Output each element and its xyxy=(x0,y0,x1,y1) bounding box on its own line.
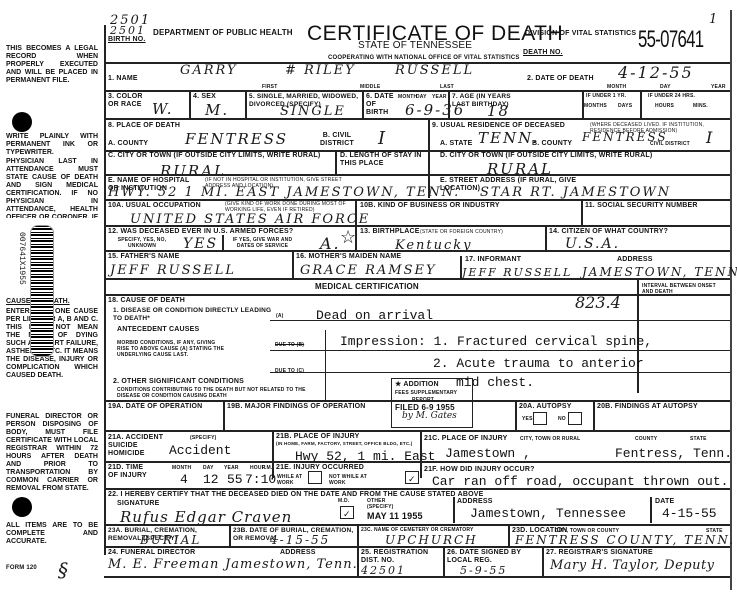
stamp-line-1: ★ Addition xyxy=(395,381,439,389)
barcode-number: 007641X1955 xyxy=(12,232,26,285)
place-of-death-label: 8. Place of Death xyxy=(108,122,180,130)
under1-days: Days xyxy=(618,103,632,109)
informant-address-label: Address xyxy=(617,256,653,264)
res-street-value: Star Rt. Jamestown xyxy=(480,185,671,200)
md-checkbox[interactable]: ✓ xyxy=(340,506,354,519)
funeral-address-label: Address xyxy=(280,549,316,557)
accident-type-label: 21a. Accident Suicide Homicide xyxy=(108,434,168,458)
city-label: c. City or Town (If outside city limits,… xyxy=(108,152,320,160)
name-label: 1. Name xyxy=(108,75,138,83)
death-number: 55-07641 xyxy=(638,26,703,54)
check-mark-icon: ✓ xyxy=(408,474,416,484)
county-value: Fentress xyxy=(185,130,288,148)
color-label: 3. Color or Race xyxy=(108,93,153,109)
under24-mins: Mins. xyxy=(693,103,708,109)
accident-specify-label: (Specify) xyxy=(190,435,217,441)
barcode-label xyxy=(30,225,54,357)
time-year-value: 55 xyxy=(227,472,243,487)
injury-location-label: 21c. Place of Injury xyxy=(424,435,507,443)
autopsy-findings-label: 20b. Findings at Autopsy xyxy=(597,403,698,411)
cemetery-value: Upchurch xyxy=(385,533,478,547)
location-value: Fentress County, Tenn. xyxy=(515,533,735,547)
informant-label: 17. Informant xyxy=(465,256,521,264)
burial-value: Burial xyxy=(140,533,201,547)
res-city-label: d. City or Town (If outside city limits,… xyxy=(440,152,652,160)
other-specify-label: Other (Specify) xyxy=(367,498,407,510)
state-subtitle: STATE OF TENNESSEE xyxy=(358,42,472,50)
loc-city-value: Jamestown , xyxy=(445,446,531,461)
reg-dist-label: 25. Registration Dist. No. xyxy=(361,549,431,565)
time-sub-day: Day xyxy=(203,465,214,471)
notice-legal: This becomes a legal record when properl… xyxy=(6,45,98,85)
time-month-value: 4 xyxy=(180,472,188,487)
place-injury-label: 21b. Place of Injury xyxy=(276,433,359,441)
loc-county-state-value: Fentress, Tenn. xyxy=(615,446,732,461)
funeral-director-value: M. E. Freeman xyxy=(108,557,219,572)
birthplace-label: 13. Birthplace xyxy=(360,228,420,236)
dob-sub-year: Year xyxy=(432,94,447,100)
under1-months: Months xyxy=(584,103,607,109)
res-civil-label: Civil District xyxy=(650,141,690,147)
md-label: M.D. xyxy=(338,498,349,504)
antecedent-label: Antecedent Causes xyxy=(117,326,199,334)
funeral-address-value: Jamestown, Tenn. xyxy=(225,557,358,572)
funeral-director-label: 24. Funeral Director xyxy=(108,549,195,557)
while-work-checkbox[interactable] xyxy=(308,471,322,484)
cooperating-label: Cooperating with National Office of Vita… xyxy=(328,54,520,62)
time-hour-value: 7:10 xyxy=(245,472,276,487)
burial-date-value: 4-15-55 xyxy=(270,533,330,547)
cause-label: 18. Cause of Death xyxy=(108,297,185,305)
father-value: Jeff Russell xyxy=(110,263,236,278)
sex-label: 4. Sex xyxy=(193,93,216,101)
ssn-label: 11. Social Security Number xyxy=(585,202,698,210)
cause-a-label: (a) xyxy=(276,313,284,319)
other-conditions-label: 2. Other Significant Conditions xyxy=(113,378,244,386)
cause-code: 823.4 xyxy=(575,293,621,312)
time-day-value: 12 xyxy=(203,472,219,487)
loc-city-label: City, Town or Rural xyxy=(520,436,580,442)
under1-label: If under 1 yr. xyxy=(586,93,626,99)
sex-value: M. xyxy=(205,101,229,119)
cert-date-value: 4-15-55 xyxy=(662,506,717,521)
initial-mark: § xyxy=(58,558,70,582)
how-injury-label: 21f. How Did Injury Occur? xyxy=(424,466,535,474)
name-middle: # Riley xyxy=(285,63,356,78)
name-last: Russell xyxy=(395,63,474,78)
supplementary-report-stamp: ★ Addition Fees Supplementary Report Fil… xyxy=(391,378,473,428)
time-sub-month: Month xyxy=(172,465,191,471)
corner-mark: 1 xyxy=(709,12,719,27)
cert-address-label: Address xyxy=(457,498,493,506)
time-pm: P.M. xyxy=(262,465,272,471)
death-no-label: Death No. xyxy=(523,49,563,57)
registrar-label: 27. Registrar's Signature xyxy=(546,549,653,557)
not-while-work-checkbox[interactable]: ✓ xyxy=(405,471,419,484)
armed-forces-sub: Specify, Yes, No, Unknown xyxy=(112,237,172,249)
notice-complete: All items are to be complete and accurat… xyxy=(6,522,98,546)
operation-date-label: 19a. Date of Operation xyxy=(108,403,202,411)
division-label: Division of Vital Statistics xyxy=(525,30,636,38)
birthplace-note: (State or Foreign Country) xyxy=(420,229,503,235)
punch-hole-icon xyxy=(12,497,32,517)
under24-label: If under 24 hrs. xyxy=(648,93,695,99)
father-label: 15. Father's Name xyxy=(108,253,179,261)
autopsy-label: 20a. Autopsy xyxy=(519,403,572,411)
stamp-line-5: by M. Gates xyxy=(402,411,457,421)
business-label: 10b. Kind of Business or Industry xyxy=(360,202,500,210)
autopsy-yes-checkbox[interactable] xyxy=(533,412,547,425)
res-state-label: a. State xyxy=(440,140,472,148)
under24-hours: Hours xyxy=(655,103,674,109)
res-county-label: b. County xyxy=(532,140,572,148)
time-injury-label: 21d. Time of Injury xyxy=(108,464,153,480)
citizen-label: 14. Citizen of What Country? xyxy=(549,228,668,236)
certify-statement: 22. I hereby certify that the deceased d… xyxy=(108,491,483,499)
signature-label: Signature xyxy=(117,500,160,508)
place-injury-note: (In Home, Farm, Factory, Street, Office … xyxy=(276,441,412,447)
color-value: W. xyxy=(152,100,174,118)
department-label: Department of Public Health xyxy=(153,29,293,37)
operation-findings-label: 19b. Major Findings of Operation xyxy=(227,403,366,411)
cert-date-label: Date xyxy=(655,498,674,506)
birth-no-label: Birth No. xyxy=(108,36,146,44)
cause-b2-value: 2. Acute trauma to anterior xyxy=(433,356,644,371)
loc-state-label: State xyxy=(690,436,707,442)
notice-funeral: Funeral director or person disposing of … xyxy=(6,413,98,493)
occupation-label: 10a. Usual Occupation xyxy=(108,202,201,210)
name-first: Garry xyxy=(180,63,238,78)
date-of-death-label: 2. Date of Death xyxy=(527,75,594,83)
cert-address-value: Jamestown, Tennessee xyxy=(470,506,626,521)
check-mark-icon: ✓ xyxy=(343,509,351,519)
how-injury-value: Car ran off road, occupant thrown out. xyxy=(432,474,728,489)
form-number: Form 120 xyxy=(6,564,37,572)
informant-address-value: Jamestown, Tenn. xyxy=(582,265,737,279)
war-label: If yes, give war and dates of service xyxy=(225,237,300,249)
autopsy-no-checkbox[interactable] xyxy=(568,412,582,425)
time-sub-year: Year xyxy=(224,465,239,471)
dob-sub-day: Day xyxy=(416,94,427,100)
marital-value: Single xyxy=(280,104,346,119)
stamp-line-2: Fees Supplementary xyxy=(395,390,457,396)
notice-write: Write plainly with permanent ink or type… xyxy=(6,133,98,157)
length-stay-label: d. Length of Stay in This Place xyxy=(340,152,425,168)
received-stamp-date: May 11 1955 xyxy=(367,512,423,520)
hospital-value: Hwy. 52 1 mi. East Jamestown, Tenn. xyxy=(108,185,460,200)
res-state-value: Tenn. xyxy=(478,129,539,147)
star-mark-icon: ☆ xyxy=(340,227,356,248)
punch-hole-icon xyxy=(12,112,32,132)
other-conditions-note: Conditions contributing to the death but… xyxy=(117,387,317,399)
notice-physician: Physician last in attendance must state … xyxy=(6,158,98,218)
mother-value: Grace Ramsey xyxy=(300,263,437,278)
accident-type-value: Accident xyxy=(169,443,231,458)
res-civil-value: I xyxy=(706,128,714,147)
due-to-b-label: Due to (b) xyxy=(275,342,304,348)
civil-district-value: I xyxy=(378,128,387,149)
cause-b-value: Impression: 1. Fractured cervical spine, xyxy=(340,334,652,349)
dob-label: 6. Date of Birth xyxy=(366,93,400,117)
date-signed-label: 26. Date Signed by Local Reg. xyxy=(447,549,547,565)
not-while-work-label: Not while at work xyxy=(329,474,377,486)
dob-sub-month: Month xyxy=(398,94,417,100)
date-of-death: 4-12-55 xyxy=(618,63,694,82)
loc-county-label: County xyxy=(635,436,657,442)
county-label: a. County xyxy=(108,140,148,148)
autopsy-yes-label: Yes xyxy=(522,416,533,422)
armed-forces-label: 12. Was Deceased Ever in U.S. Armed Forc… xyxy=(108,228,293,236)
mother-label: 16. Mother's Maiden Name xyxy=(296,253,401,261)
registrar-signature: Mary H. Taylor, Deputy xyxy=(550,558,715,573)
morbid-label: Morbid conditions, if any, giving rise t… xyxy=(117,340,227,358)
civil-district-label: b. Civil District xyxy=(312,132,362,148)
cause1-label: 1. Disease or condition directly leading… xyxy=(113,307,273,323)
medical-cert-title: Medical Certification xyxy=(315,283,419,291)
due-to-c-label: Due to (c) xyxy=(275,368,304,374)
autopsy-no-label: No xyxy=(558,416,566,422)
